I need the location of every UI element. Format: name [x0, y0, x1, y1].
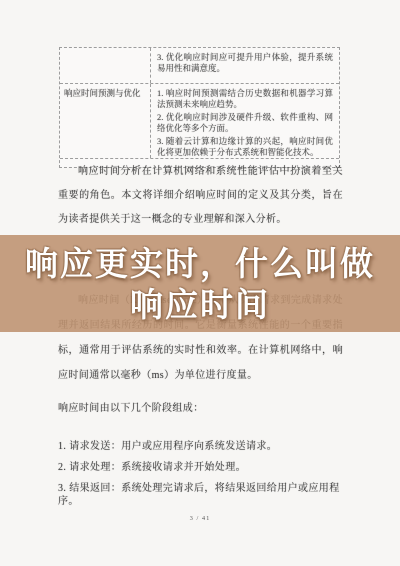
table-row: 3. 优化响应时间应可提升用户体验，提升系统易用性和满意度。 [60, 48, 339, 83]
paragraph-intro: 响应时间分析在计算机网络和系统性能评估中扮演着至关重要的角色。本文将详细介绍响应… [58, 160, 343, 232]
table-item: 2. 优化响应时间涉及硬件升级、软件重构、网络优化等多个方面。 [157, 112, 333, 134]
banner-overlay: 响应更实时，什么叫做 响应时间 [0, 235, 400, 332]
list-item: 1. 请求发送：用户或应用程序向系统发送请求。 [58, 440, 348, 453]
list-item: 2. 请求处理：系统接收请求并开始处理。 [58, 461, 348, 474]
table-cell-content: 1. 响应时间预测需结合历史数据和机器学习算法预测未来响应趋势。 2. 优化响应… [151, 84, 339, 158]
table-cell-label: 响应时间预测与优化 [60, 84, 151, 158]
table-item: 3. 随着云计算和边缘计算的兴起，响应时间优化将更加依赖于分布式系统和智能化技术… [157, 136, 333, 158]
list-item: 3. 结果返回：系统处理完请求后，将结果返回给用户或应用程序。 [58, 482, 348, 508]
table-cell-label [60, 48, 151, 83]
banner-title-line1: 响应更实时，什么叫做 [25, 243, 375, 284]
table-item: 3. 优化响应时间应可提升用户体验，提升系统易用性和满意度。 [157, 52, 333, 74]
page-number: 3 / 41 [0, 515, 400, 522]
table-row: 响应时间预测与优化 1. 响应时间预测需结合历史数据和机器学习算法预测未来响应趋… [60, 83, 339, 158]
table-cell-content: 3. 优化响应时间应可提升用户体验，提升系统易用性和满意度。 [151, 48, 339, 83]
stage-list: 1. 请求发送：用户或应用程序向系统发送请求。 2. 请求处理：系统接收请求并开… [58, 440, 348, 516]
document-page: 3. 优化响应时间应可提升用户体验，提升系统易用性和满意度。 响应时间预测与优化… [0, 0, 400, 566]
doc-table: 3. 优化响应时间应可提升用户体验，提升系统易用性和满意度。 响应时间预测与优化… [59, 47, 340, 168]
table-item: 1. 响应时间预测需结合历史数据和机器学习算法预测未来响应趋势。 [157, 88, 333, 110]
paragraph-stages-intro: 响应时间由以下几个阶段组成： [58, 402, 343, 416]
banner-title-line2: 响应时间 [130, 284, 270, 325]
